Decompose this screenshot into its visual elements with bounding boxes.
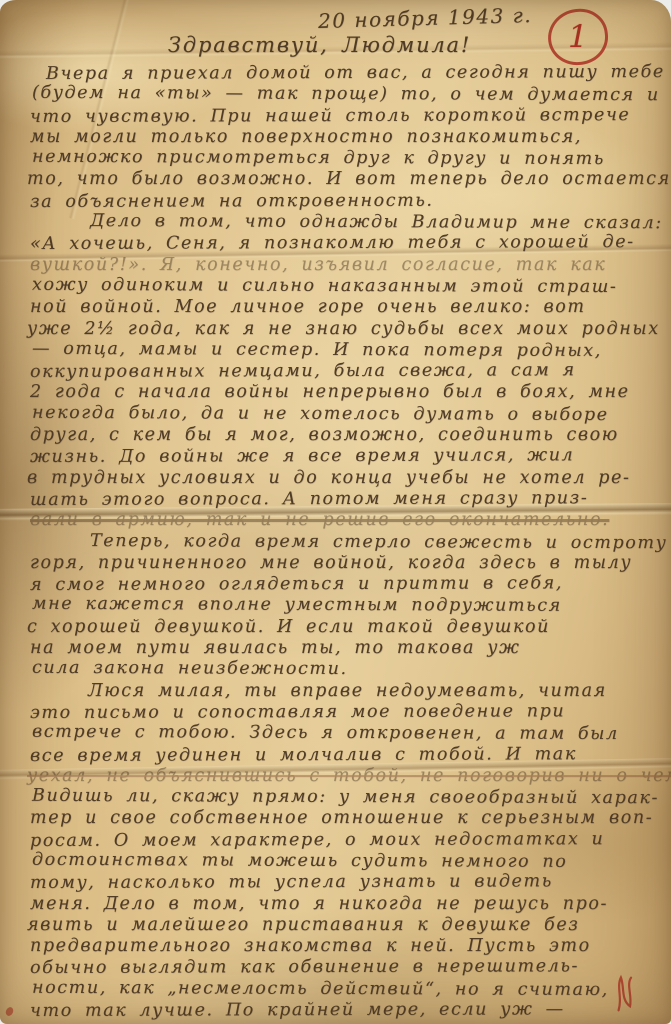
letter-line: обычно выглядит как обвинение в нерешите…	[30, 956, 657, 979]
letter-line: то, что было возможно. И вот теперь дело…	[27, 169, 654, 190]
letter-line: друга, с кем бы я мог, возможно, соедини…	[30, 425, 657, 446]
letter-line: уехал, не объяснившись с тобой, не погов…	[27, 766, 654, 787]
letter-page: 20 ноября 1943 г. 1 Здравствуй, Людмила!…	[0, 0, 671, 1024]
letter-line: Люся милая, ты вправе недоумевать, читая	[30, 681, 657, 702]
letter-line: уже 2½ года, как я не знаю судьбы всех м…	[27, 319, 654, 340]
photo-background: 20 ноября 1943 г. 1 Здравствуй, Людмила!…	[0, 0, 671, 1024]
letter-line: (будем на «ты» — так проще) то, о чем ду…	[32, 83, 659, 107]
letter-line: все время уединен и молчалив с тобой. И …	[30, 744, 657, 767]
letter-line: горя, причиненного мне войной, когда зде…	[30, 553, 657, 574]
greeting-line: Здравствуй, Людмила!	[168, 33, 471, 57]
letter-line: ности, как „несмелость действий“, но я с…	[32, 978, 659, 1002]
letter-line: предварительного знакомства к ней. Пусть…	[30, 936, 657, 957]
letter-line: сила закона неизбежности.	[32, 658, 659, 682]
letter-line: встрече с тобою. Здесь я откровенен, а т…	[32, 722, 659, 746]
letter-line: что так лучше. По крайней мере, если уж …	[30, 999, 657, 1022]
letter-line: Видишь ли, скажу прямо: у меня своеобраз…	[32, 786, 659, 810]
letter-line: в трудных условиях и до конца учебы не х…	[27, 468, 654, 489]
letter-line: шать этого вопроса. А потом меня сразу п…	[30, 488, 657, 511]
letter-line: это письмо и сопоставляя мое поведение п…	[30, 701, 657, 724]
letter-line: Дело в том, что однажды Владимир мне ска…	[32, 211, 659, 235]
letter-line: 2 года с начала войны непрерывно был в б…	[30, 382, 657, 403]
letter-line: на моем пути явилась ты, то такова уж	[30, 638, 657, 659]
letter-line: с хорошей девушкой. И если такой девушко…	[27, 617, 654, 638]
letter-line: что чувствую. При нашей столь короткой в…	[30, 105, 657, 128]
letter-line: росам. О моем характере, о моих недостат…	[30, 829, 657, 852]
letter-line: жизнь. До войны же я все время учился, ж…	[30, 445, 657, 468]
letter-line: тому, насколько ты успела узнать и видет…	[30, 871, 657, 894]
date-line: 20 ноября 1943 г.	[318, 3, 533, 33]
letter-line: вушкой?!». Я, конечно, изъявил согласие,…	[30, 255, 657, 276]
letter-line: некогда было, да и не хотелось думать о …	[32, 403, 659, 427]
letter-line: Вчера я приехал домой от вас, а сегодня …	[30, 62, 657, 85]
letter-line: хожу одиноким и сильно наказанным этой с…	[32, 275, 659, 299]
letter-body: Вчера я приехал домой от вас, а сегодня …	[30, 63, 657, 1021]
page-number: 1	[568, 19, 588, 55]
letter-line: я смог немного оглядеться и притти в себ…	[30, 573, 657, 596]
letter-line: мы могли только поверхностно познакомить…	[30, 127, 657, 148]
letter-line: ной войной. Мое личное горе очень велико…	[30, 297, 657, 318]
letter-line: «А хочешь, Сеня, я познакомлю тебя с хор…	[30, 232, 657, 255]
letter-line: достоинствах ты можешь судить немного по	[32, 850, 659, 874]
letter-line: явить и малейшего приставания к девушке …	[27, 915, 654, 936]
letter-line: тер и свое собственное отношение к серье…	[30, 808, 657, 829]
letter-line: немножко присмотреться друг к другу и по…	[32, 147, 659, 171]
letter-line: — отца, мамы и сестер. И пока потеря род…	[32, 339, 659, 363]
page-number-stamp: 1	[545, 6, 611, 69]
letter-line: Теперь, когда время стерло свежесть и ос…	[32, 530, 659, 554]
letter-line: меня. Дело в том, что я никогда не решус…	[30, 894, 657, 915]
letter-line: за объяснением на откровенность.	[30, 190, 657, 213]
letter-line: вали в армию, так и не решив его окончат…	[30, 510, 657, 531]
letter-line: мне кажется вполне уместным подружиться	[32, 594, 659, 618]
letter-line: оккупированных немцами, была свежа, а са…	[30, 360, 657, 383]
red-ink-dot	[4, 1006, 14, 1017]
